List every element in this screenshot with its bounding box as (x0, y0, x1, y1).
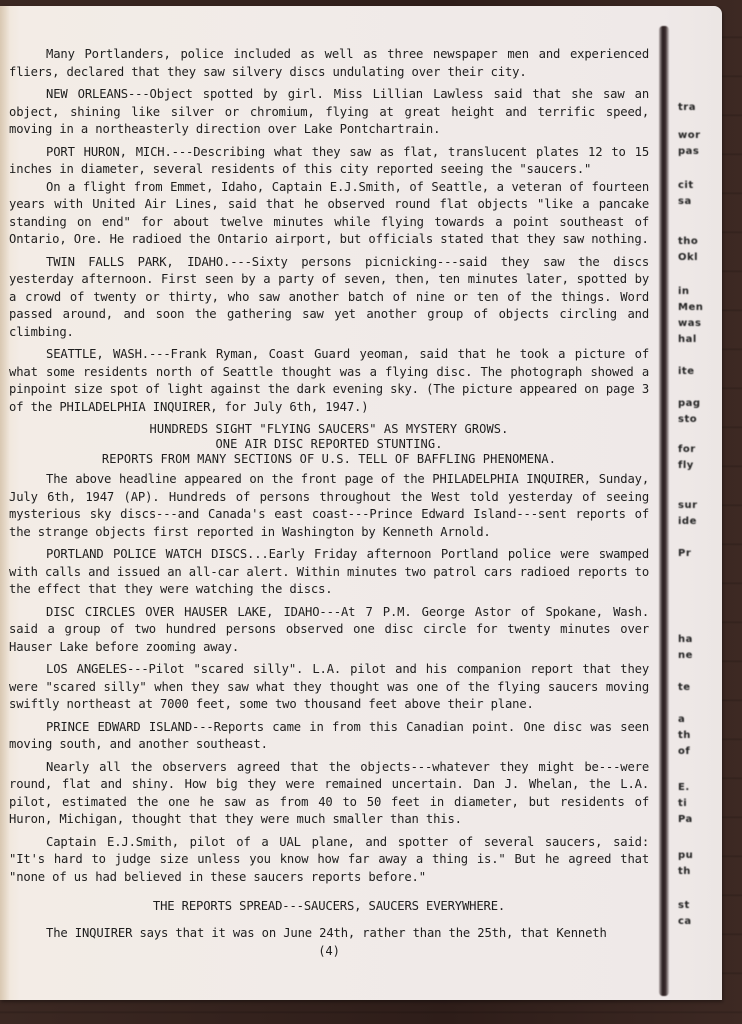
paragraph-emmet-flight: On a flight from Emmet, Idaho, Captain E… (9, 179, 649, 249)
next-page-fragment: te (678, 682, 691, 693)
next-page-fragment: ite (678, 366, 695, 377)
binding-shadow (659, 26, 669, 996)
paragraph-portland-police: PORTLAND POLICE WATCH DISCS...Early Frid… (9, 546, 649, 599)
next-page-fragment: th (678, 730, 691, 741)
next-page-fragment: for (678, 444, 696, 455)
next-page-edge: traworpascitsathoOklinMenwashalitepagsto… (672, 14, 722, 1004)
headline-line-3: REPORTS FROM MANY SECTIONS OF U.S. TELL … (9, 452, 649, 467)
paragraph-hauser-lake: DISC CIRCLES OVER HAUSER LAKE, IDAHO---A… (9, 604, 649, 657)
paragraph-twin-falls: TWIN FALLS PARK, IDAHO.---Sixty persons … (9, 254, 649, 342)
next-page-fragment: in (678, 286, 690, 297)
next-page-fragment: ha (678, 634, 693, 645)
next-page-fragment: cit (678, 180, 694, 191)
next-page-fragment: sur (678, 500, 698, 511)
next-page-fragment: th (678, 866, 691, 877)
next-page-fragment: Men (678, 302, 703, 313)
next-page-fragment: Pr (678, 548, 691, 559)
next-page-fragment: pag (678, 398, 701, 409)
paragraph-final-line: The INQUIRER says that it was on June 24… (9, 925, 649, 943)
next-page-fragment: ne (678, 650, 693, 661)
next-page-fragment: was (678, 318, 701, 329)
next-page-fragment: a (678, 714, 685, 725)
next-page-fragment: ti (678, 798, 687, 809)
paragraph-new-orleans: NEW ORLEANS---Object spotted by girl. Mi… (9, 86, 649, 139)
next-page-fragment: ca (678, 916, 692, 927)
section-heading: THE REPORTS SPREAD---SAUCERS, SAUCERS EV… (9, 898, 649, 916)
next-page-fragment: Okl (678, 252, 698, 263)
next-page-fragment: of (678, 746, 690, 757)
headline-line-1: HUNDREDS SIGHT "FLYING SAUCERS" AS MYSTE… (9, 422, 649, 437)
paragraph-portlanders: Many Portlanders, police included as wel… (9, 46, 649, 81)
next-page-fragment: sto (678, 414, 697, 425)
newspaper-headline: HUNDREDS SIGHT "FLYING SAUCERS" AS MYSTE… (9, 422, 649, 467)
next-page-fragment: fly (678, 460, 694, 471)
paragraph-port-huron: PORT HURON, MICH.---Describing what they… (9, 144, 649, 179)
paragraph-headline-context: The above headline appeared on the front… (9, 471, 649, 541)
next-page-fragment: E. (678, 782, 690, 793)
next-page-fragment: pas (678, 146, 699, 157)
next-page-fragment: Pa (678, 814, 693, 825)
paragraph-prince-edward-island: PRINCE EDWARD ISLAND---Reports came in f… (9, 719, 649, 754)
paragraph-los-angeles: LOS ANGELES---Pilot "scared silly". L.A.… (9, 661, 649, 714)
headline-line-2: ONE AIR DISC REPORTED STUNTING. (9, 437, 649, 452)
page-number: (4) (9, 943, 649, 961)
paragraph-captain-smith-quote: Captain E.J.Smith, pilot of a UAL plane,… (9, 834, 649, 887)
next-page-fragment: st (678, 900, 690, 911)
next-page-fragment: hal (678, 334, 697, 345)
paragraph-observers-agreed: Nearly all the observers agreed that the… (9, 759, 649, 829)
next-page-fragment: wor (678, 130, 701, 141)
next-page-fragment: sa (678, 196, 692, 207)
next-page-fragment: tra (678, 102, 696, 113)
paragraph-seattle: SEATTLE, WASH.---Frank Ryman, Coast Guar… (9, 346, 649, 416)
next-page-fragment: tho (678, 236, 698, 247)
next-page-fragment: ide (678, 516, 697, 527)
document-page: Many Portlanders, police included as wel… (0, 6, 722, 1000)
next-page-fragment: pu (678, 850, 693, 861)
typed-text-body: Many Portlanders, police included as wel… (9, 46, 649, 961)
